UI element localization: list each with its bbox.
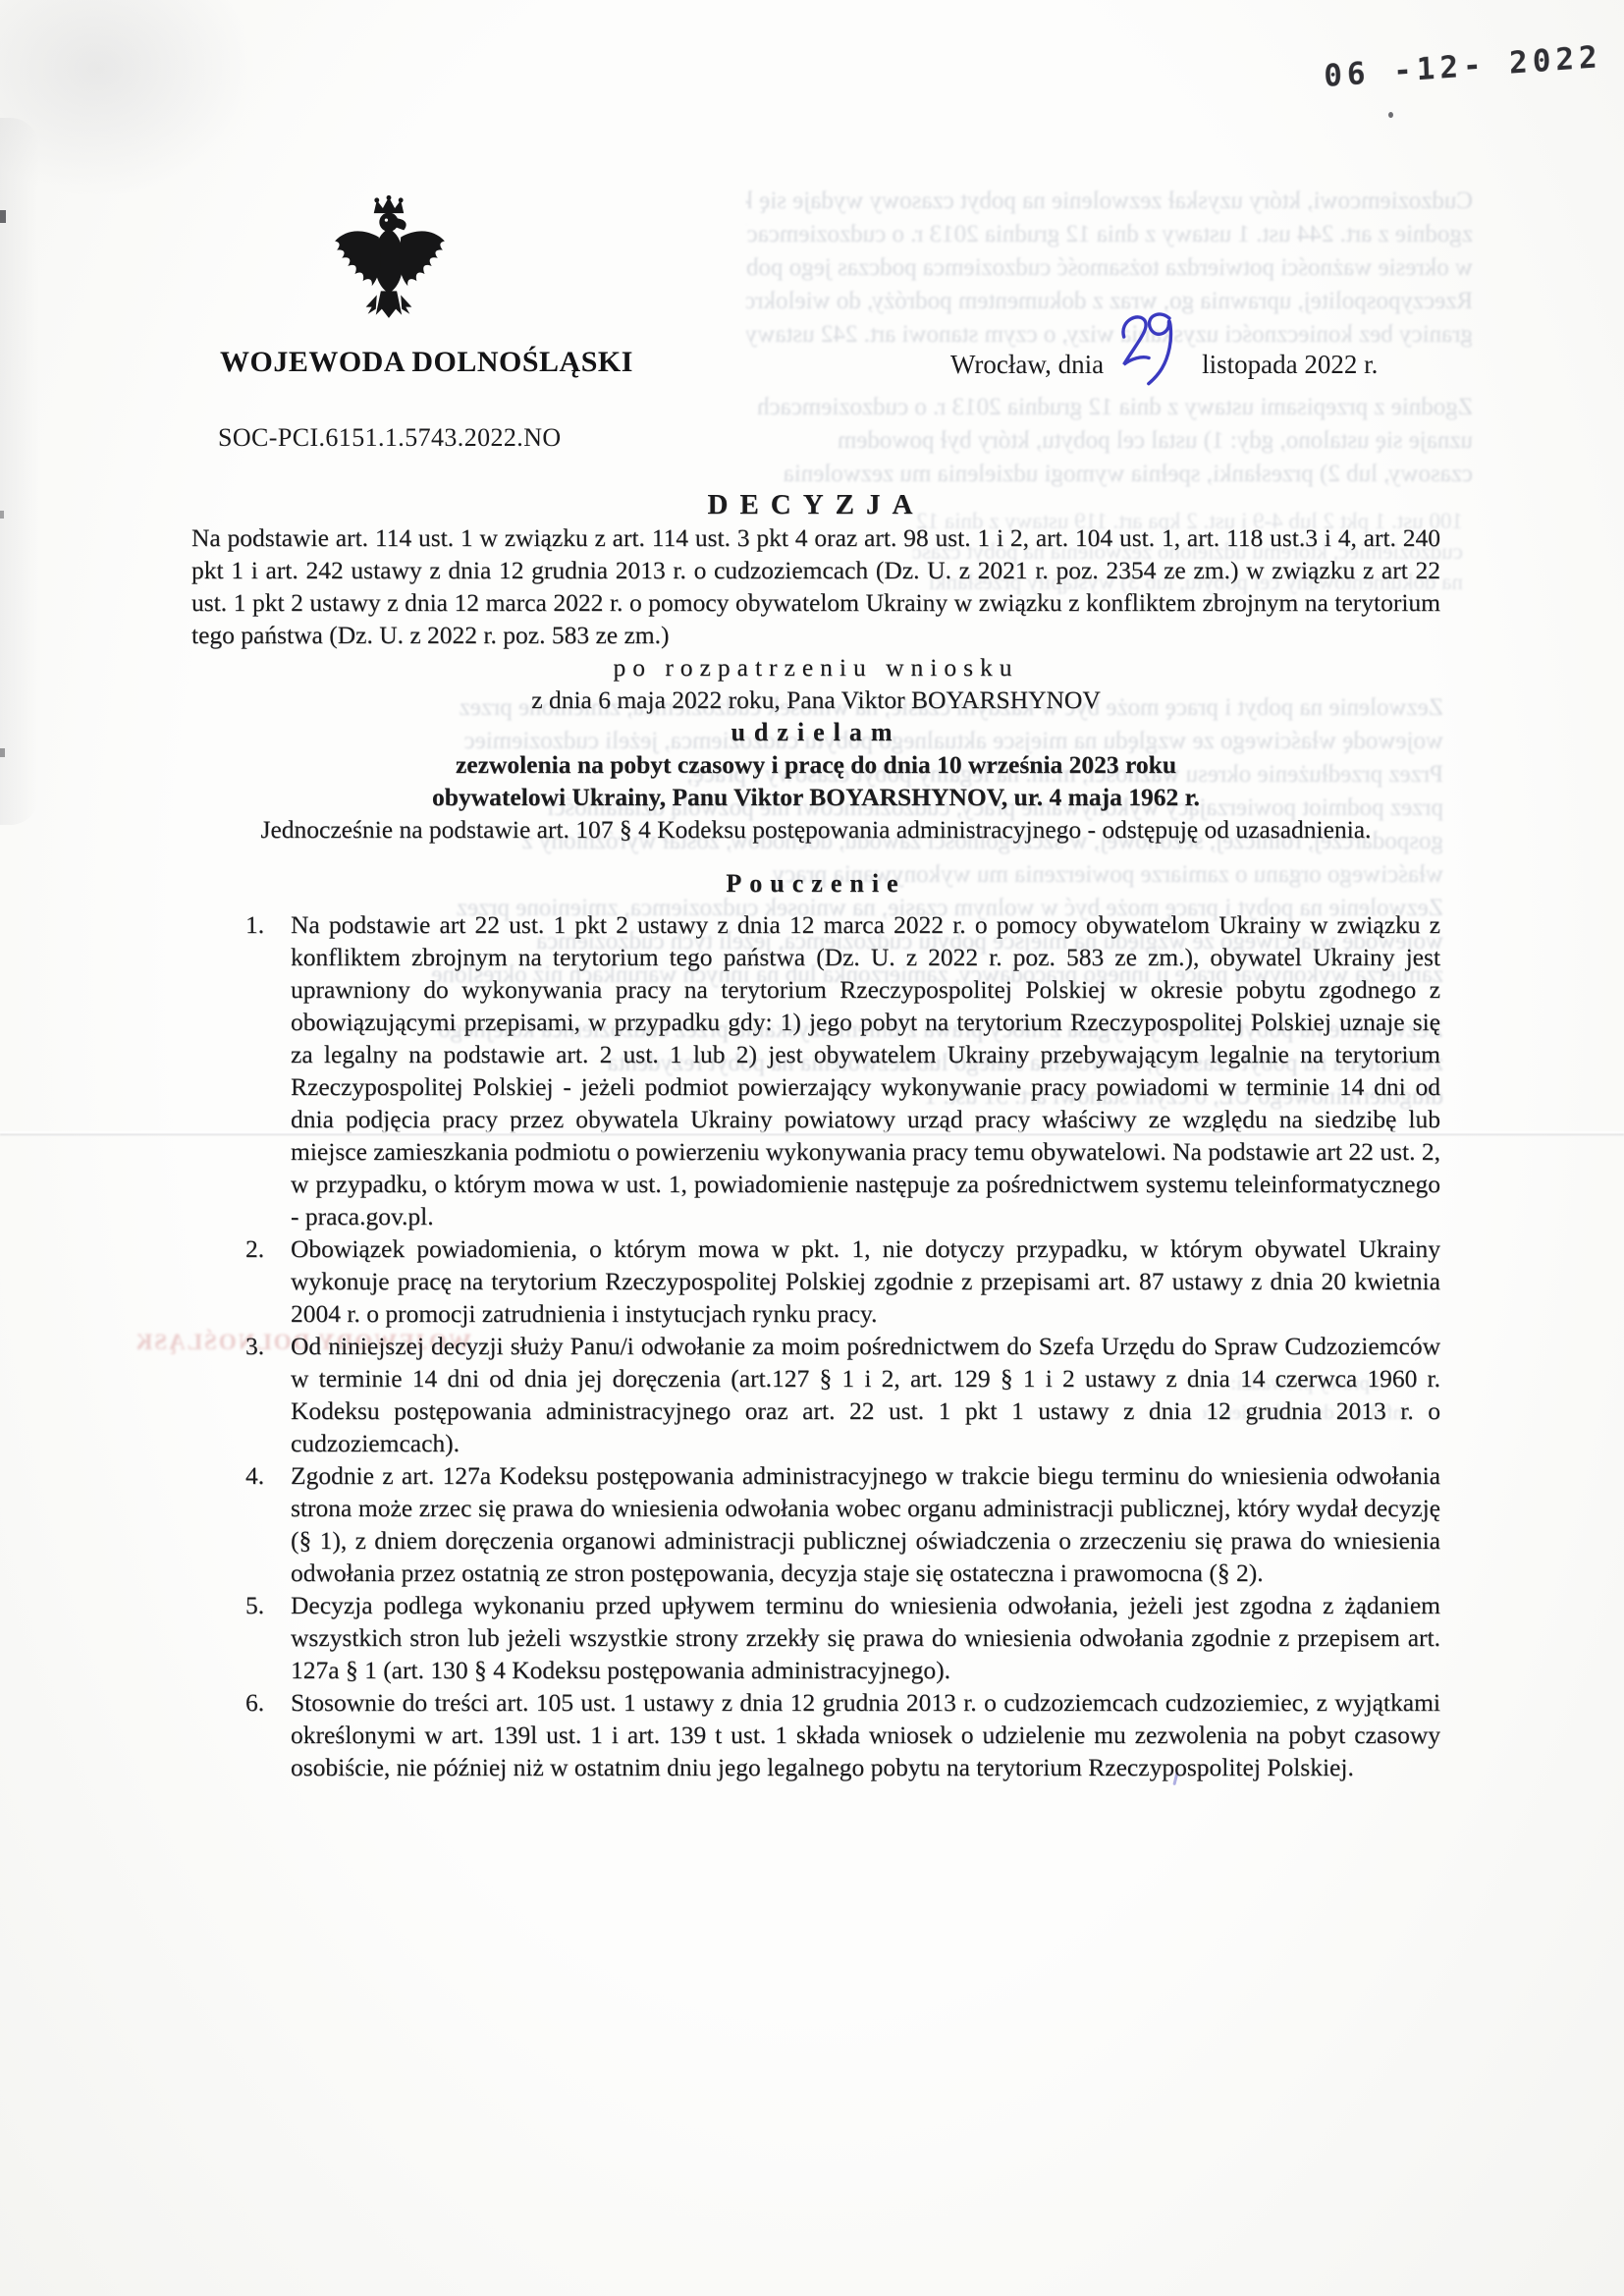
item-number: 4. <box>245 1459 291 1589</box>
item-number: 3. <box>245 1330 291 1459</box>
item-number: 1. <box>245 908 291 1232</box>
item-text: Na podstawie art 22 ust. 1 pkt 2 ustawy … <box>291 908 1440 1232</box>
scan-edge-mark <box>0 210 6 223</box>
polish-eagle-emblem <box>330 194 450 344</box>
decision-title: DECYZJA <box>191 489 1440 521</box>
instruction-item: 2. Obowiązek powiadomienia, o którym mow… <box>191 1232 1440 1330</box>
after-review-line: po rozpatrzeniu wniosku <box>191 651 1440 683</box>
authority-name: WOJEWODA DOLNOŚLĄSKI <box>220 346 633 379</box>
legal-basis-paragraph: Na podstawie art. 114 ust. 1 w związku z… <box>191 521 1440 651</box>
instruction-item: 5. Decyzja podlega wykonaniu przed upływ… <box>191 1589 1440 1686</box>
instruction-item: 1. Na podstawie art 22 ust. 1 pkt 2 usta… <box>191 908 1440 1232</box>
case-number: SOC-PCI.6151.1.5743.2022.NO <box>218 423 562 453</box>
scan-smudge <box>0 0 255 196</box>
document-body: DECYZJA Na podstawie art. 114 ust. 1 w z… <box>191 489 1440 1783</box>
bleed-through-block: Cudzoziemcowi, który uzyskał zezwolenie … <box>746 185 1473 352</box>
item-number: 5. <box>245 1589 291 1686</box>
received-date-stamp: 06 -12- 2022 <box>1324 39 1603 94</box>
grant-scope-line: zezwolenia na pobyt czasowy i pracę do d… <box>191 748 1440 781</box>
place-date-suffix: listopada 2022 r. <box>1202 350 1378 380</box>
handwriting-29-icon <box>1117 304 1188 391</box>
instruction-item: 4. Zgodnie z art. 127a Kodeksu postępowa… <box>191 1459 1440 1589</box>
scanned-document-page: Cudzoziemcowi, który uzyskał zezwolenie … <box>0 0 1624 2296</box>
bleed-through-block: Zgodnie z przepisami ustawy z dnia 12 gr… <box>746 391 1473 491</box>
ghost-text-line: Rzeczypospolitej, uprawnia go, wraz z do… <box>746 285 1473 318</box>
item-text: Obowiązek powiadomienia, o którym mowa w… <box>291 1232 1440 1330</box>
handwritten-day-number <box>1117 304 1188 398</box>
ghost-text-line: czasowy, lub 2) przesłanki, spełnia wymo… <box>746 458 1473 491</box>
scan-edge-mark <box>0 511 4 519</box>
application-line: z dnia 6 maja 2022 roku, Pana Viktor BOY… <box>191 683 1440 716</box>
item-number: 6. <box>245 1686 291 1783</box>
ghost-text-line: Zgodnie z przepisami ustawy z dnia 12 gr… <box>746 391 1473 424</box>
eagle-icon <box>330 194 450 344</box>
justification-waiver-line: Jednocześnie na podstawie art. 107 § 4 K… <box>191 813 1440 846</box>
item-text: Od niniejszej decyzji służy Panu/i odwoł… <box>291 1330 1440 1459</box>
place-date-line: Wrocław, dnia listopada 2022 r. <box>950 343 1378 386</box>
item-number: 2. <box>245 1232 291 1330</box>
instruction-title: Pouczenie <box>191 867 1440 900</box>
item-text: Zgodnie z art. 127a Kodeksu postępowania… <box>291 1459 1440 1589</box>
grant-line: udzielam <box>191 716 1440 748</box>
stamp-dot <box>1388 112 1393 118</box>
scan-edge-mark <box>0 748 5 757</box>
instruction-item: 3. Od niniejszej decyzji służy Panu/i od… <box>191 1330 1440 1459</box>
ghost-text-line: zgodnie z art. 244 ust. 1 ustawy z dnia … <box>746 218 1473 251</box>
place-date-prefix: Wrocław, dnia <box>950 350 1104 380</box>
scan-smudge <box>0 118 39 825</box>
item-text: Decyzja podlega wykonaniu przed upływem … <box>291 1589 1440 1686</box>
instruction-list: 1. Na podstawie art 22 ust. 1 pkt 2 usta… <box>191 908 1440 1783</box>
ghost-text-line: uznaje się ustalono, gdy: 1) ustal cel p… <box>746 424 1473 458</box>
ghost-text-line: w okresie ważności potwierdza tożsamość … <box>746 251 1473 285</box>
ghost-text-line: Cudzoziemcowi, który uzyskał zezwolenie … <box>746 185 1473 218</box>
eagle-eye <box>385 219 388 222</box>
item-text: Stosownie do treści art. 105 ust. 1 usta… <box>291 1686 1440 1783</box>
instruction-item: 6. Stosownie do treści art. 105 ust. 1 u… <box>191 1686 1440 1783</box>
beneficiary-line: obywatelowi Ukrainy, Panu Viktor BOYARSH… <box>191 781 1440 813</box>
